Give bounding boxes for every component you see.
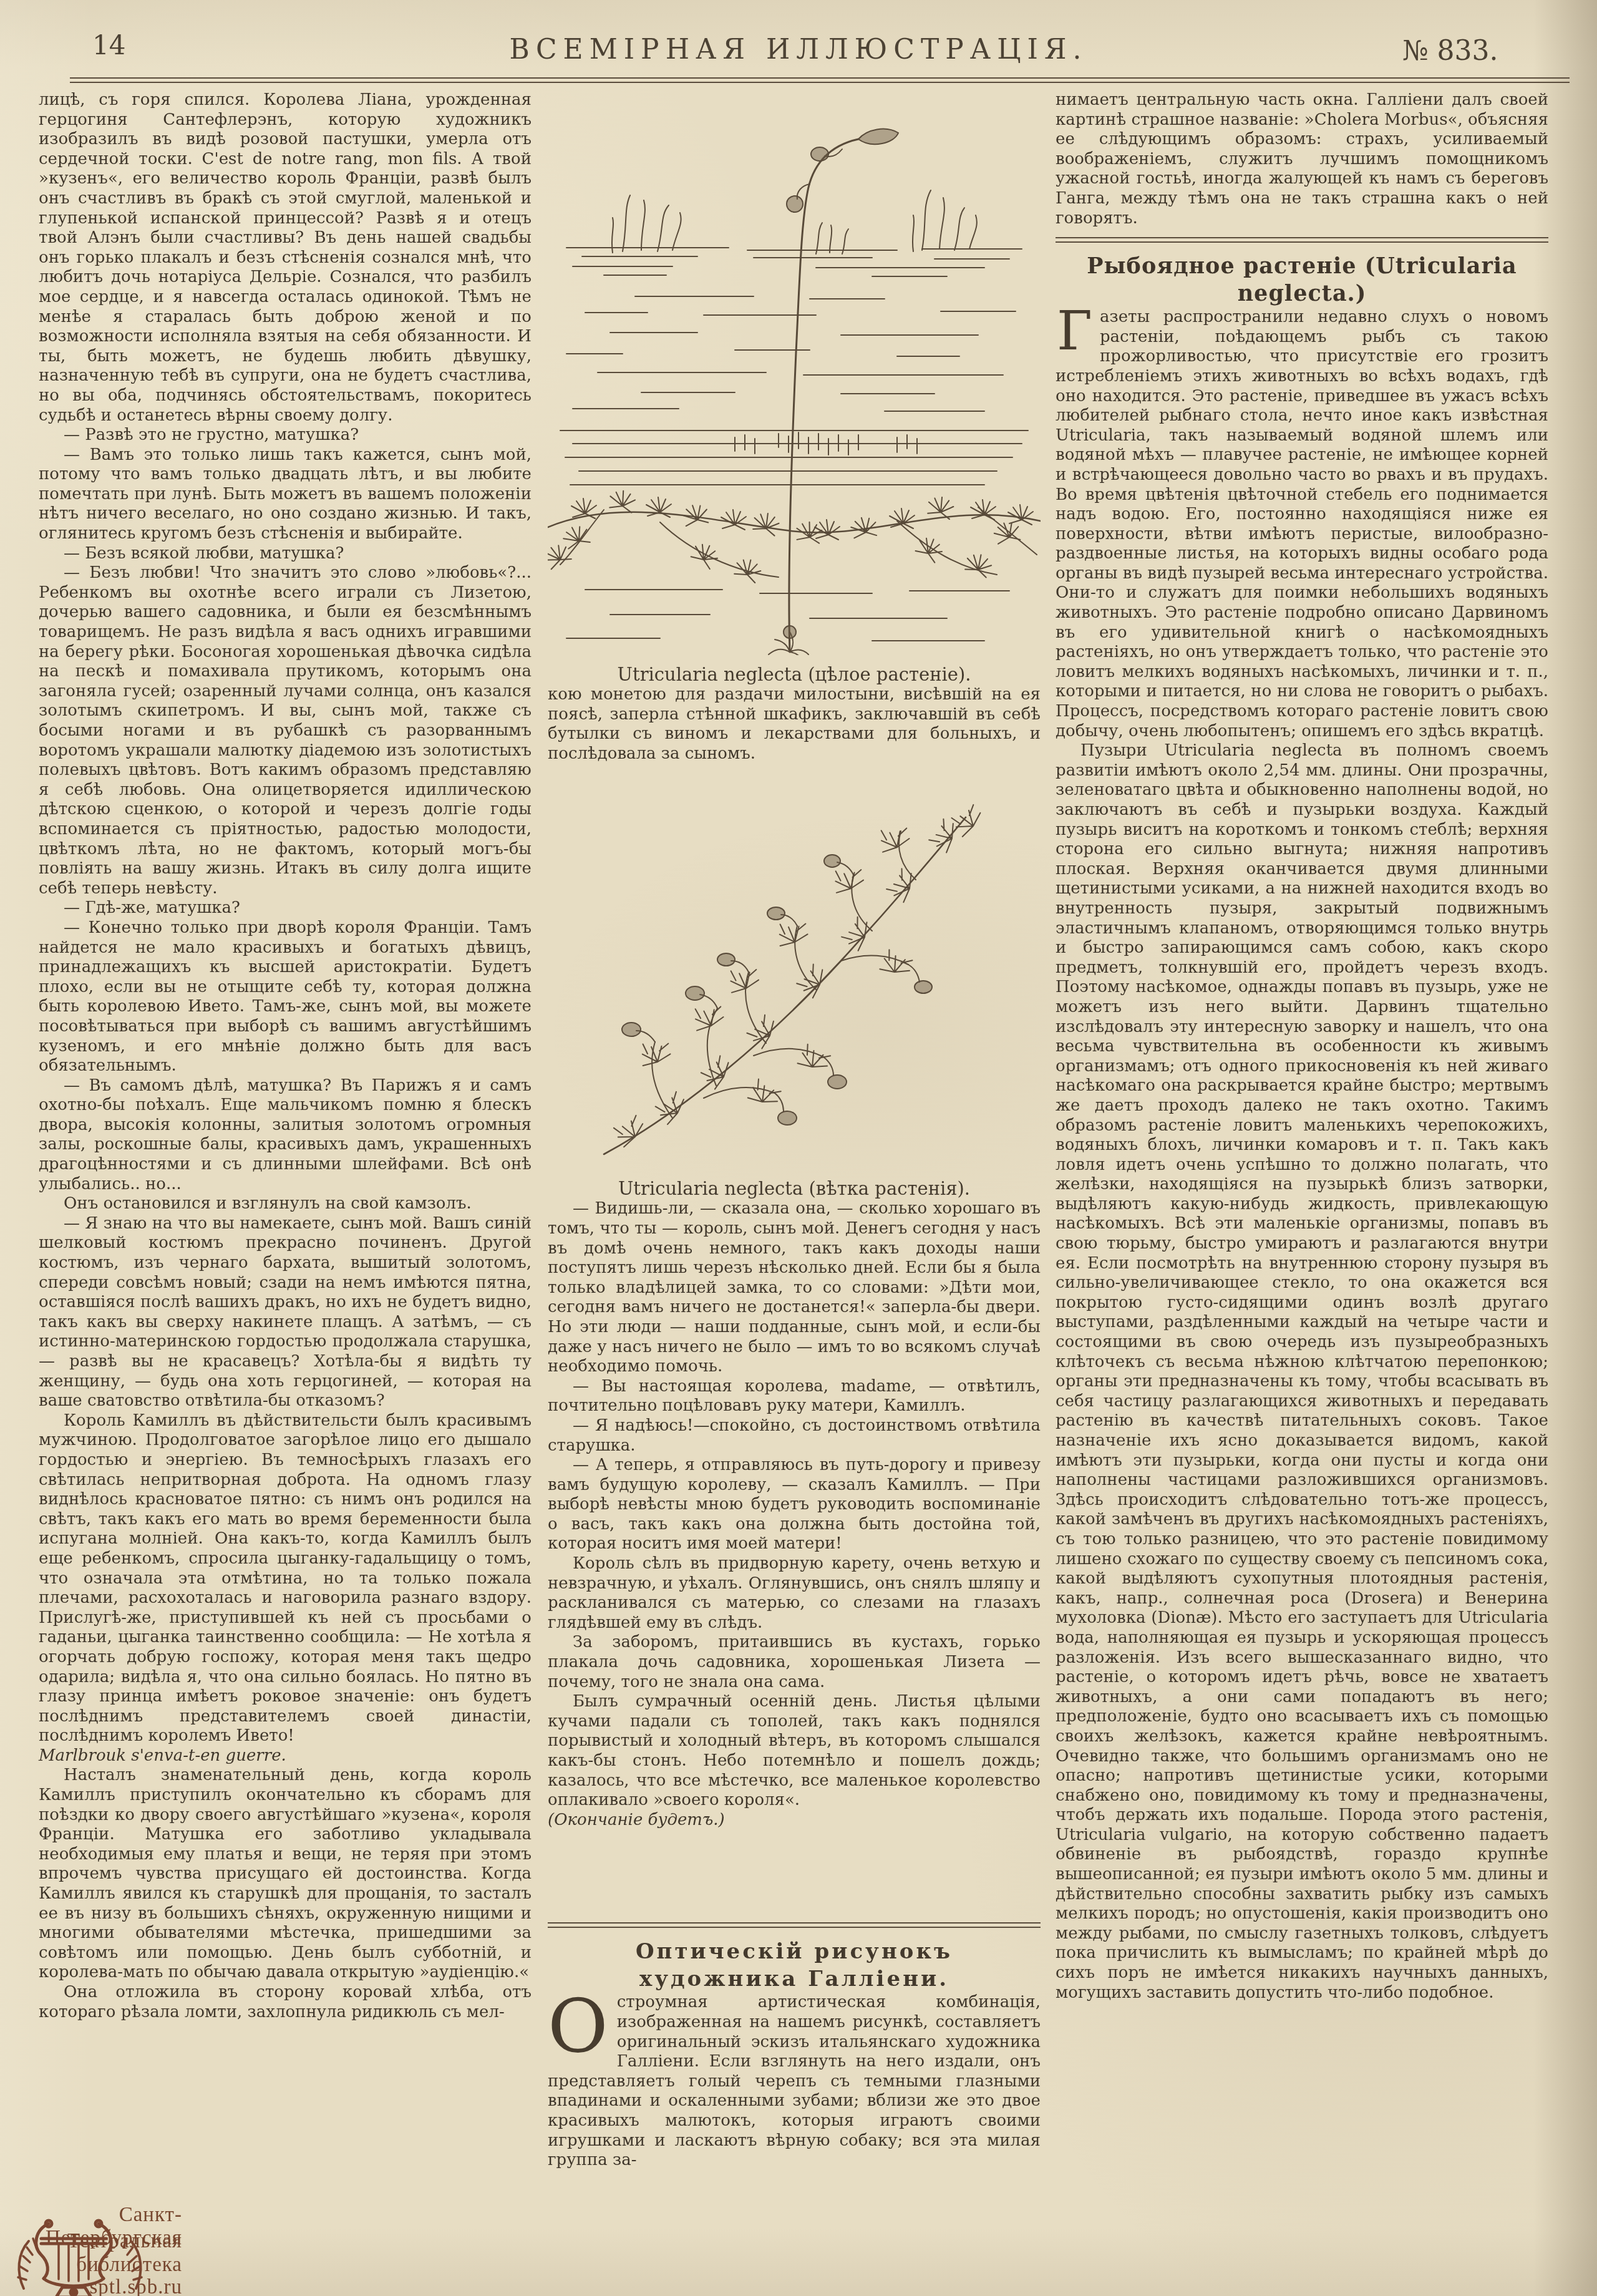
article-first-paragraph: Газеты распространили недавно слухъ о но…	[1056, 308, 1548, 741]
illustration-caption: Utricularia neglecta (цѣлое растеніе).	[548, 664, 1041, 685]
dialogue-paragraph: — Видишь-ли, — сказала она, — сколько хо…	[548, 1199, 1041, 1376]
dialogue-paragraph: — Гдѣ-же, матушка?	[39, 898, 532, 918]
header-rule	[70, 77, 1570, 83]
section-divider-rule	[548, 1922, 1041, 1928]
paragraph: За заборомъ, притаившись въ кустахъ, гор…	[548, 1633, 1041, 1692]
paragraph-continuation: кою монетою для раздачи милостыни, висѣв…	[548, 685, 1041, 764]
article-first-paragraph: Остроумная артистическая комбинація, изо…	[548, 1993, 1041, 2170]
paragraph: Насталъ знаменательный день, когда корол…	[39, 1766, 532, 1983]
to-be-continued-note: (Окончаніе будетъ.)	[548, 1811, 1041, 1831]
paragraph-text: азеты распространили недавно слухъ о нов…	[1056, 308, 1548, 740]
ornamental-initial: Г	[1056, 308, 1100, 351]
paragraph: Она отложила въ сторону коровай хлѣба, о…	[39, 1983, 532, 2022]
right-column: нимаетъ центральную часть окна. Галліени…	[1056, 90, 1548, 2003]
dialogue-paragraph: — Конечно только при дворѣ короля Франці…	[39, 918, 532, 1076]
utricularia-branch-illustration	[548, 774, 1041, 1173]
dialogue-paragraph: — Безъ любви! Что значитъ это слово »люб…	[39, 563, 532, 898]
issue-number: № 833.	[1402, 35, 1498, 67]
lyre-icon	[5, 2219, 155, 2296]
dialogue-paragraph: — Я надѣюсь!—спокойно, съ достоинствомъ …	[548, 1416, 1041, 1456]
paragraph: Пузыри Utricularia neglecta въ полномъ с…	[1056, 741, 1548, 2003]
paragraph: лицѣ, съ горя спился. Королева Ліана, ур…	[39, 90, 532, 426]
dialogue-paragraph: — Вы настоящая королева, madame, — отвѣт…	[548, 1377, 1041, 1416]
illustration-caption: Utricularia neglecta (вѣтка растенія).	[548, 1178, 1041, 1199]
paragraph: Онъ остановился и взглянулъ на свой камз…	[39, 1194, 532, 1214]
dialogue-paragraph: — Безъ всякой любви, матушка?	[39, 544, 532, 564]
paragraph: Король Камиллъ въ дѣйствительсти былъ кр…	[39, 1411, 532, 1746]
article-heading: Рыбоядное растеніе (Utricularia neglecta…	[1056, 253, 1548, 308]
paragraph: Король сѣлъ въ придворную карету, очень …	[548, 1554, 1041, 1633]
newspaper-page-scan: { "header": { "page_number": "14", "jour…	[0, 0, 1597, 2296]
utricularia-whole-plant-illustration	[548, 90, 1041, 655]
dialogue-paragraph: — Развѣ это не грустно, матушка?	[39, 426, 532, 445]
paragraph: Былъ сумрачный осенній день. Листья цѣлы…	[548, 1692, 1041, 1811]
dialogue-paragraph: — Въ самомъ дѣлѣ, матушка? Въ Парижъ я и…	[39, 1076, 532, 1195]
dialogue-paragraph: — А теперь, я отправляюсь въ путь-дорогу…	[548, 1456, 1041, 1554]
epigraph-line: Marlbrouk s'enva-t-en guerre.	[39, 1746, 532, 1766]
dialogue-paragraph: — Вамъ это только лишь такъ кажется, сын…	[39, 445, 532, 544]
ornamental-initial: О	[548, 1993, 617, 2053]
paragraph-text: строумная артистическая комбинація, изоб…	[548, 1993, 1041, 2169]
article-heading: Оптическій рисунокъ художника Галліени.	[560, 1938, 1028, 1993]
dialogue-paragraph: — Я знаю на что вы намекаете, сынъ мой. …	[39, 1214, 532, 1411]
paragraph-continuation: нимаетъ центральную часть окна. Галліени…	[1056, 90, 1548, 228]
middle-column: Utricularia neglecta (цѣлое растеніе). к…	[548, 90, 1041, 2171]
journal-title: ВСЕМІРНАЯ ИЛЛЮСТРАЦІЯ.	[0, 34, 1597, 66]
section-divider-rule	[1056, 237, 1548, 243]
left-column: лицѣ, съ горя спился. Королева Ліана, ур…	[39, 90, 532, 2022]
